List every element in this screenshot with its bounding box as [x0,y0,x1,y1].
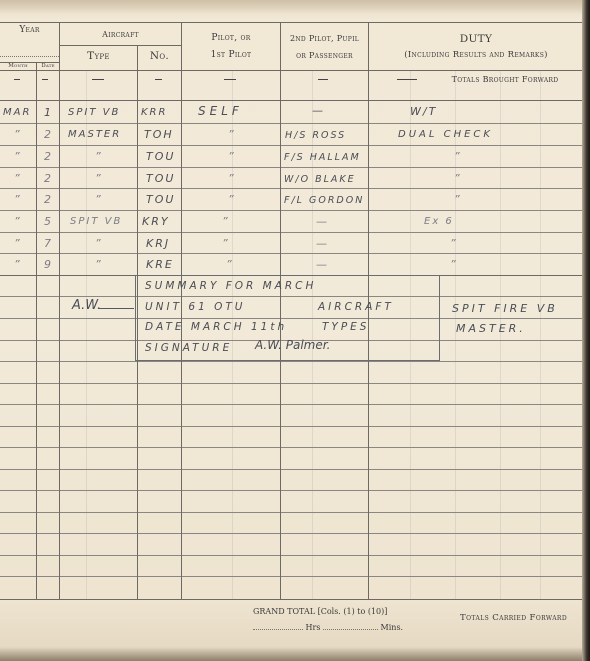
entry-type: ” [95,193,103,207]
row-line [0,100,583,101]
totals-carried-forward: Totals Carried Forward [460,613,567,623]
summary-types-line1: SPIT FIRE VB [452,302,558,316]
header-duty: DUTY [369,33,583,46]
header-pilot-line2: 1st Pilot [182,49,280,62]
row-line [0,253,583,254]
page-top-shadow [0,0,590,14]
entry-duty: ” [454,150,462,164]
page-bottom-shadow [0,647,590,661]
entry-second: — [316,237,329,251]
type-dash [92,79,104,80]
entry-duty: ” [454,172,462,186]
entry-duty: ” [450,258,458,272]
entry-month: ” [14,237,22,251]
aircraft-subheader-line [60,45,181,46]
row-line [0,210,583,211]
table-top-border [0,22,583,23]
entry-no: KRE [146,258,174,272]
faint-ruling [540,70,541,600]
entry-date: 2 [44,128,53,142]
entry-no: TOU [146,172,175,186]
row-line [0,383,583,384]
grand-total-label: GRAND TOTAL [Cols. (1) to (10)] [253,607,387,616]
header-pilot-line1: Pilot, or [182,32,280,45]
pilot-dash [224,79,236,80]
entry-duty: ” [454,193,462,207]
summary-date: DATE MARCH 11th [145,320,287,334]
table-bottom-border [0,599,583,600]
row-line [0,447,583,448]
entry-pilot: ” [228,128,236,142]
no-dash [155,79,162,80]
hrs-label: Hrs [306,623,321,632]
entry-second: — [316,215,329,229]
row-line [0,123,583,124]
faint-ruling [86,70,87,600]
row-line [0,555,583,556]
entry-duty: W/T [410,105,437,119]
summary-types-label: TYPES [322,320,369,334]
hrs-field [253,623,303,630]
entry-date: 2 [44,150,53,164]
header-month: Month [0,62,36,71]
row-line [0,533,583,534]
entry-type: ” [95,258,103,272]
entry-type: ” [95,172,103,186]
entry-type: MASTER [68,128,121,142]
header-date: Date [37,62,59,71]
entry-second: W/O BLAKE [284,173,356,187]
entry-date: 7 [44,237,53,251]
entry-pilot: ” [226,258,234,272]
summary-initials: A.W. [72,299,101,313]
summary-title: SUMMARY FOR MARCH [145,279,316,293]
entry-second: — [312,104,325,118]
entry-second: F/S HALLAM [284,151,361,165]
entry-second: H/S ROSS [285,129,346,143]
row-line [0,232,583,233]
row-line [0,576,583,577]
header-second-pilot-line2: or Passenger [281,49,368,62]
entry-duty: ” [450,237,458,251]
date-dash [42,79,48,80]
header-aircraft-no: No. [138,50,181,63]
entry-date: 2 [44,193,53,207]
year-dotted-line [0,56,59,57]
entry-no: KRY [142,215,170,229]
summary-pointer-line [98,308,134,309]
entry-pilot: ” [228,172,236,186]
entry-no: KRR [141,106,167,120]
entry-no: KRJ [146,237,170,251]
col-line-date-type [59,22,60,599]
logbook-page: Year Month Date Aircraft Type No. Pilot,… [0,0,590,661]
entry-pilot: ” [228,193,236,207]
mins-label: Mins. [381,623,404,632]
row-line [0,167,583,168]
row-line [0,404,583,405]
header-aircraft-type: Type [60,50,137,63]
second-dash [318,79,328,80]
summary-types-line2: MASTER. [456,322,526,336]
row-line [0,426,583,427]
entry-date: 2 [44,172,53,186]
entry-month: ” [14,128,22,142]
month-dash [14,79,20,80]
entry-duty: DUAL CHECK [398,128,493,142]
entry-pilot: ” [222,215,230,229]
row-line [0,469,583,470]
header-second-pilot-line1: 2nd Pilot, Pupil [281,32,368,45]
entry-type: SPIT VB [68,106,120,120]
entry-duty: Ex 6 [424,215,454,229]
duty-dash [397,79,417,80]
entry-second: — [316,258,329,272]
entry-date: 1 [44,106,53,120]
entry-month: ” [14,172,22,186]
header-year: Year [0,24,59,37]
entry-month: MAR [3,106,31,120]
row-line [0,490,583,491]
header-aircraft: Aircraft [60,28,181,41]
header-duty-sub: (Including Results and Remarks) [369,49,583,62]
entry-month: ” [14,150,22,164]
row-line [0,361,583,362]
header-bottom-border [0,70,583,71]
entry-no: TOU [146,150,175,164]
entry-no: TOH [144,128,174,142]
book-spine [582,0,590,661]
entry-pilot: SELF [198,104,243,118]
row-line [0,512,583,513]
summary-unit: UNIT 61 OTU [145,300,245,314]
totals-brought-forward: Totals Brought Forward [430,73,580,86]
row-line [0,145,583,146]
entry-type: ” [95,150,103,164]
entry-date: 5 [44,215,53,229]
entry-pilot: ” [228,150,236,164]
entry-pilot: ” [222,237,230,251]
entry-type: SPIT VB [70,215,122,229]
entry-no: TOU [146,193,175,207]
summary-aircraft-label: AIRCRAFT [318,300,394,314]
summary-signature-label: SIGNATURE [145,341,232,355]
mins-field [323,623,378,630]
entry-month: ” [14,215,22,229]
entry-month: ” [14,193,22,207]
col-line-month-date [36,62,37,599]
entry-second: F/L GORDON [284,194,364,208]
row-line [0,188,583,189]
entry-date: 9 [44,258,53,272]
entry-type: ” [95,237,103,251]
grand-total-hrs-mins: Hrs Mins. [253,623,403,632]
summary-signature: A.W. Palmer. [255,338,330,352]
entry-month: ” [14,258,22,272]
